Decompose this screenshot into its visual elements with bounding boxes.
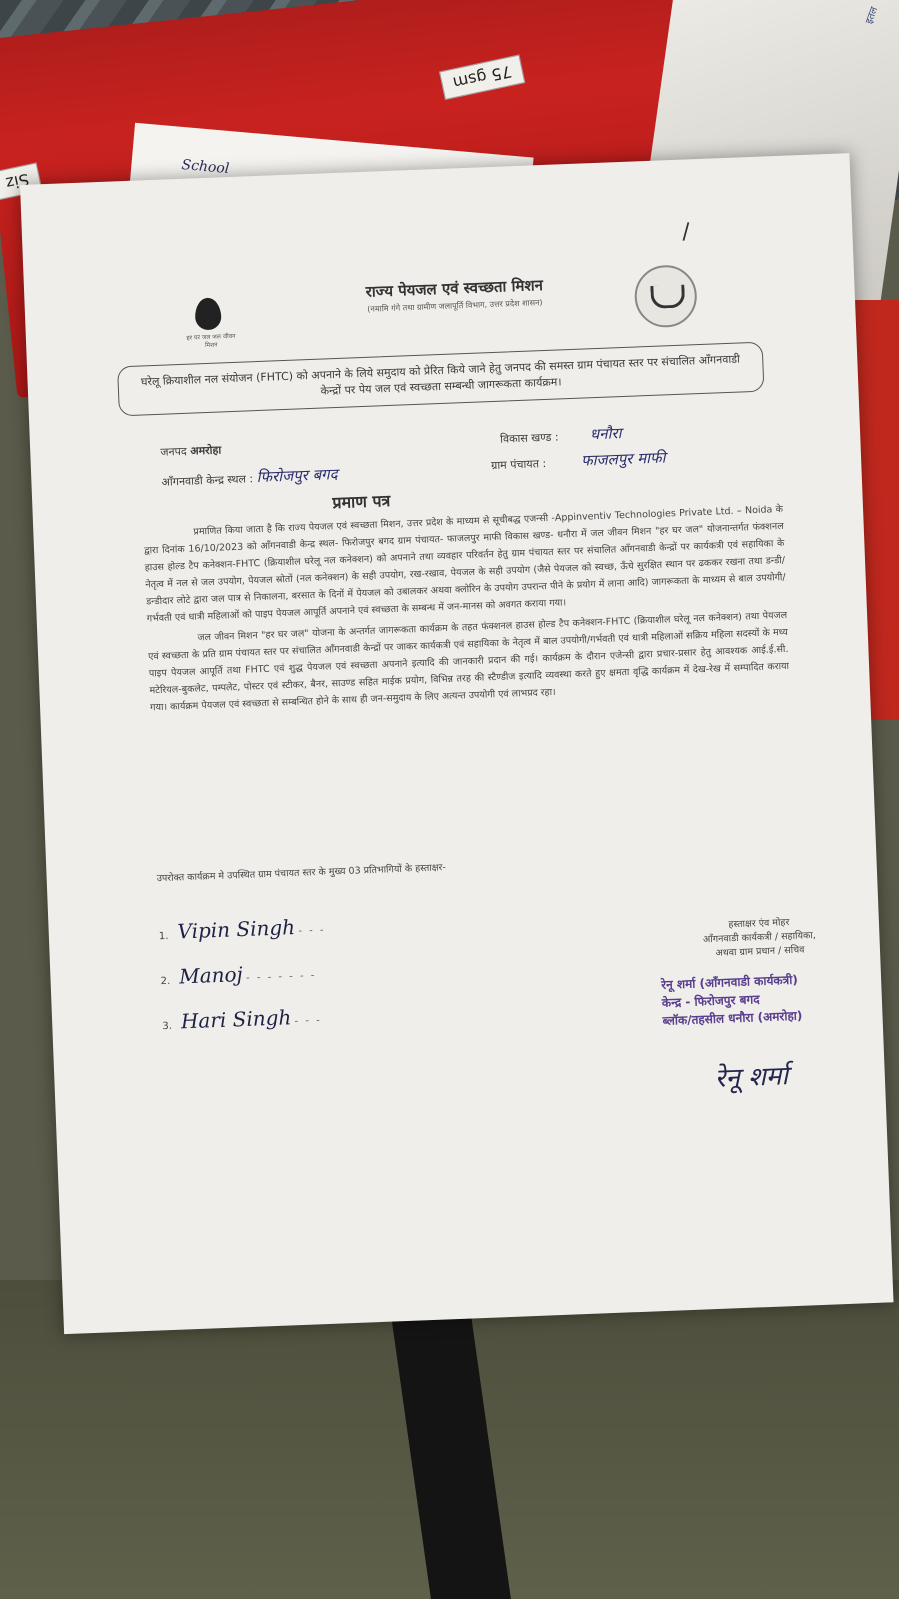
signatures-intro: उपरोक्त कार्यक्रम मे उपस्थित ग्राम पंचाय… [156,856,536,888]
signature-line: - - - - - - - [246,970,317,984]
gsm-label: 75 gsm [440,55,526,100]
certificate-paper: / हर घर जल जल जीवन मिशन राज्य पेयजल एवं … [20,153,894,1334]
certificate-document: / हर घर जल जल जीवन मिशन राज्य पेयजल एवं … [20,153,894,1334]
vikas-khand-value: धनौरा [590,423,622,444]
participant-signature: 3. Hari Singh - - - [162,1004,330,1055]
program-banner: घरेलू क्रियाशील नल संयोजन (FHTC) को अपना… [117,342,764,417]
janpad-value: अमरोहा [190,443,222,457]
page-mark: / [682,219,690,244]
participant-name: Manoj [179,962,243,988]
janpad-label: जनपद [160,445,187,459]
participant-signature: 1. Vipin Singh - - - [158,914,326,965]
body-paragraph-1: प्रमाणित किया जाता है कि राज्य पेयजल एवं… [143,501,786,627]
location-fields: जनपद अमरोहा विकास खण्ड : धनौरा आँगनवाडी … [160,422,762,497]
signature-line: - - - [298,925,326,937]
participant-signatures: 1. Vipin Singh - - - 2. Manoj - - - - - … [158,914,330,1055]
participant-number: 2. [160,976,170,987]
kendra-value: फिरोजपुर बगद [256,465,338,486]
worker-signature: रेनू शर्मा [714,1056,789,1095]
participant-number: 3. [162,1021,172,1032]
official-stamp: रेनू शर्मा (आँगनवाडी कार्यकत्री) केन्द्र… [661,967,899,1030]
gram-panchayat-label: ग्राम पंचायत : [491,456,547,473]
gram-panchayat-value: फाजलपुर माफी [581,447,666,470]
participant-name: Vipin Singh [177,915,295,943]
signature-line: - - - [294,1015,322,1027]
certificate-title: प्रमाण पत्र [332,489,391,513]
participant-signature: 2. Manoj - - - - - - - [160,959,328,1010]
logo-caption: हर घर जल जल जीवन मिशन [186,332,237,350]
participant-number: 1. [159,931,169,942]
slip-note-school: School [181,157,230,177]
participant-name: Hari Singh [181,1005,292,1033]
certificate-body: प्रमाणित किया जाता है कि राज्य पेयजल एवं… [143,501,790,720]
seal-caption: हस्ताक्षर एंव मोहर आँगनवाडी कार्यकत्री /… [649,913,870,963]
kendra-label: आँगनवाडी केन्द्र स्थल : [161,472,253,489]
vikas-khand-label: विकास खण्ड : [500,430,559,447]
